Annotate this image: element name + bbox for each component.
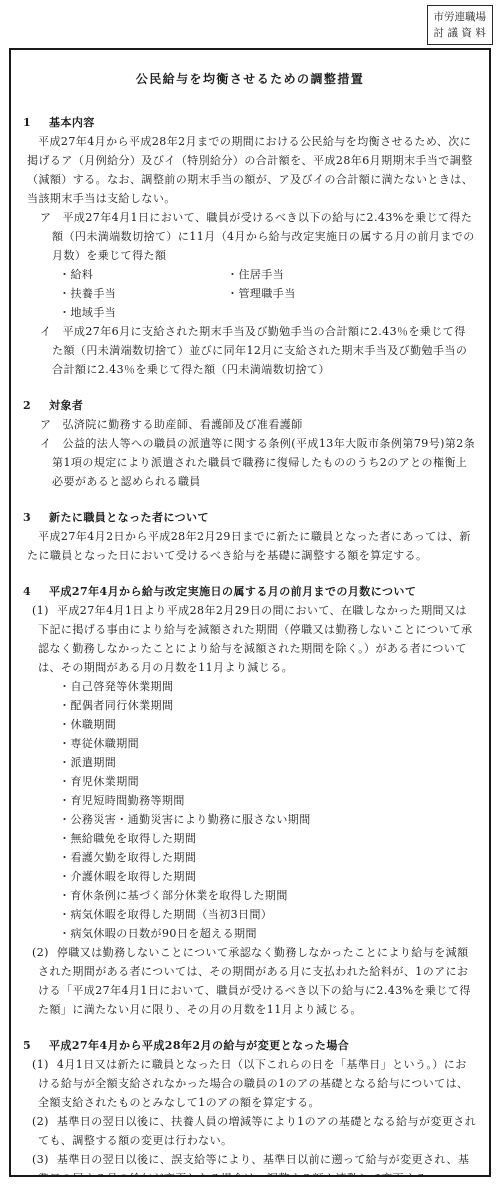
section-1-item-i: イ平成27年6月に支給された期末手当及び勤勉手当の合計額に2.43％を乗じて得た…	[52, 322, 477, 379]
section-3-heading-text: 新たに職員となった者について	[49, 511, 209, 524]
period-item: ・介護休暇を取得した期間	[59, 867, 477, 886]
section-4-heading: 4平成27年4月から給与改定実施日の属する月の前月までの月数について	[23, 582, 477, 601]
document-frame: 公民給与を均衡させるための調整措置 1基本内容 平成27年4月から平成28年2月…	[9, 48, 491, 1177]
allowance-item: ・住居手当	[227, 265, 296, 284]
stamp-line-material: 討議資料	[434, 25, 490, 41]
section-4-heading-text: 平成27年4月から給与改定実施日の属する月の前月までの月数について	[49, 585, 416, 598]
period-item: ・配偶者同行休業期間	[59, 696, 477, 715]
section-1-item-a-text: 平成27年4月1日において、職員が受けるべき以下の給与に2.43%を乗じて得た額…	[52, 211, 475, 262]
period-item: ・病気休暇の日数が90日を超える期間	[59, 924, 477, 943]
discussion-material-stamp: 市労連職場 討議資料	[427, 5, 494, 45]
section-1-heading-text: 基本内容	[49, 116, 95, 129]
allowance-item: ・地域手当	[59, 303, 227, 322]
section-1-basic-content: 1基本内容 平成27年4月から平成28年2月までの期間における公民給与を均衡させ…	[23, 113, 477, 379]
section-4-paragraph-1: (1)平成27年4月1日より平成28年2月29日の間において、在職しなかった期間…	[38, 601, 477, 677]
section-2-item-a-text: 弘済院に勤務する助産師、看護師及び准看護師	[62, 418, 302, 431]
section-1-item-i-text: 平成27年6月に支給された期末手当及び勤勉手当の合計額に2.43％を乗じて得た額…	[52, 325, 467, 376]
section-3-number: 3	[23, 508, 49, 527]
allowance-item: ・管理職手当	[227, 284, 296, 303]
section-5-paragraph-3: (3)基準日の翌日以後に、誤支給等により、基準日以前に遡って給与が変更され、基準…	[38, 1150, 477, 1177]
period-item: ・病気休暇を取得した期間（当初3日間）	[59, 905, 477, 924]
section-3-heading: 3新たに職員となった者について	[23, 508, 477, 527]
section-5-paragraph-3-label: (3)	[32, 1153, 49, 1166]
allowance-item: ・扶養手当	[59, 284, 227, 303]
section-3-body-paragraph: 平成27年4月2日から平成28年2月29日までに新たに職員となった者にあっては、…	[27, 527, 477, 565]
section-4-paragraph-1-label: (1)	[32, 604, 49, 617]
section-5-paragraph-1-label: (1)	[32, 1058, 49, 1071]
section-1-allowance-list: ・給料 ・扶養手当 ・地域手当 ・住居手当 ・管理職手当	[59, 265, 477, 322]
period-item: ・派遣期間	[59, 753, 477, 772]
document-title: 公民給与を均衡させるための調整措置	[23, 70, 477, 89]
period-item: ・育休条例に基づく部分休業を取得した期間	[59, 886, 477, 905]
section-1-item-i-label: イ	[40, 325, 51, 338]
section-2-item-i-text: 公益的法人等への職員の派遣等に関する条例(平成13年大阪市条例第79号)第2条第…	[52, 437, 475, 488]
section-5-heading-text: 平成27年4月から平成28年2月の給与が変更となった場合	[49, 1039, 349, 1052]
section-2-heading-text: 対象者	[49, 399, 83, 412]
section-1-heading: 1基本内容	[23, 113, 477, 132]
section-1-number: 1	[23, 113, 49, 132]
section-2-target-persons: 2対象者 ア弘済院に勤務する助産師、看護師及び准看護師 イ公益的法人等への職員の…	[23, 396, 477, 491]
section-5-paragraph-1: (1)4月1日又は新たに職員となった日（以下これらの日を「基準日」という。）にお…	[38, 1055, 477, 1112]
section-2-item-a: ア弘済院に勤務する助産師、看護師及び准看護師	[52, 415, 477, 434]
period-item: ・看護欠勤を取得した期間	[59, 848, 477, 867]
period-item: ・育児休業期間	[59, 772, 477, 791]
section-2-item-i: イ公益的法人等への職員の派遣等に関する条例(平成13年大阪市条例第79号)第2条…	[52, 434, 477, 491]
period-item: ・育児短時間勤務等期間	[59, 791, 477, 810]
section-5-paragraph-2: (2)基準日の翌日以後に、扶養人員の増減等により1のアの基礎となる給与が変更され…	[38, 1112, 477, 1150]
section-1-item-a: ア平成27年4月1日において、職員が受けるべき以下の給与に2.43%を乗じて得た…	[52, 208, 477, 265]
period-item: ・公務災害・通勤災害により勤務に服さない期間	[59, 810, 477, 829]
period-item: ・無給職免を取得した期間	[59, 829, 477, 848]
section-4-paragraph-1-text: 平成27年4月1日より平成28年2月29日の間において、在職しなかった期間又は下…	[38, 604, 473, 674]
section-4-period-list: ・自己啓発等休業期間 ・配偶者同行休業期間 ・休職期間 ・専従休職期間 ・派遣期…	[59, 677, 477, 943]
section-5-paragraph-2-label: (2)	[32, 1115, 49, 1128]
allowance-list-left-column: ・給料 ・扶養手当 ・地域手当	[59, 265, 227, 322]
section-5-paragraph-2-text: 基準日の翌日以後に、扶養人員の増減等により1のアの基礎となる給与が変更されても、…	[38, 1115, 476, 1147]
allowance-item: ・給料	[59, 265, 227, 284]
section-5-paragraph-3-text: 基準日の翌日以後に、誤支給等により、基準日以前に遡って給与が変更され、基準日の属…	[38, 1153, 469, 1177]
section-1-item-a-label: ア	[40, 211, 51, 224]
section-2-number: 2	[23, 396, 49, 415]
section-2-heading: 2対象者	[23, 396, 477, 415]
section-4-number: 4	[23, 582, 49, 601]
section-1-intro-paragraph: 平成27年4月から平成28年2月までの期間における公民給与を均衡させるため、次に…	[27, 132, 477, 208]
document-body: 公民給与を均衡させるための調整措置 1基本内容 平成27年4月から平成28年2月…	[11, 50, 489, 1177]
section-2-item-a-label: ア	[40, 418, 51, 431]
section-4-paragraph-2-label: (2)	[32, 946, 49, 959]
allowance-list-right-column: ・住居手当 ・管理職手当	[227, 265, 296, 322]
section-4-paragraph-2: (2)停職又は勤務しないことについて承認なく勤務しなかったことにより給与を減額さ…	[38, 943, 477, 1019]
section-5-salary-changed: 5平成27年4月から平成28年2月の給与が変更となった場合 (1)4月1日又は新…	[23, 1036, 477, 1177]
period-item: ・休職期間	[59, 715, 477, 734]
section-3-new-employees: 3新たに職員となった者について 平成27年4月2日から平成28年2月29日までに…	[23, 508, 477, 565]
section-5-paragraph-1-text: 4月1日又は新たに職員となった日（以下これらの日を「基準日」という。）における給…	[38, 1058, 469, 1109]
section-4-paragraph-2-text: 停職又は勤務しないことについて承認なく勤務しなかったことにより給与を減額された期…	[38, 946, 471, 1016]
stamp-line-union: 市労連職場	[434, 9, 487, 25]
period-item: ・自己啓発等休業期間	[59, 677, 477, 696]
section-2-item-i-label: イ	[40, 437, 51, 450]
section-5-number: 5	[23, 1036, 49, 1055]
period-item: ・専従休職期間	[59, 734, 477, 753]
section-5-heading: 5平成27年4月から平成28年2月の給与が変更となった場合	[23, 1036, 477, 1055]
section-4-month-count: 4平成27年4月から給与改定実施日の属する月の前月までの月数について (1)平成…	[23, 582, 477, 1019]
